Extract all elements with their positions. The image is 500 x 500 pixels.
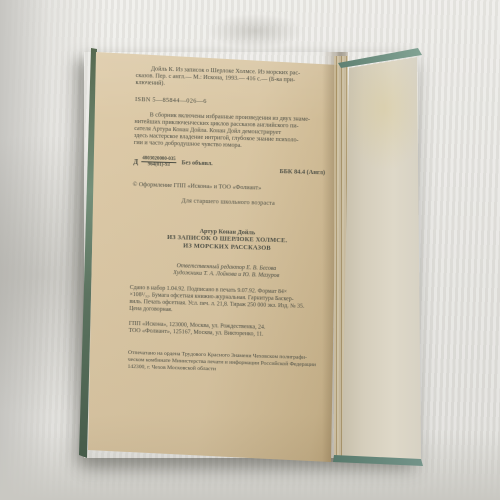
- bibliographic-entry: Дойль К. Из записок о Шерлоке Холмсе. Из…: [135, 66, 328, 92]
- imprint-page: Дойль К. Из записок о Шерлоке Холмсе. Из…: [86, 48, 340, 464]
- catalog-letter: Д: [133, 158, 138, 166]
- background-wood-grain: [190, 8, 320, 54]
- catalog-code-row: Д 4803020000-035 964(01)-93 Без объявл. …: [133, 156, 325, 176]
- photo-of-book-imprint-page: Дойль К. Из записок о Шерлоке Холмсе. Из…: [0, 0, 500, 500]
- catalog-code-denominator: 964(01)-93: [148, 162, 170, 168]
- publisher-addresses: ГПП «Искона», 123000, Москва, ул. Рождес…: [128, 321, 320, 340]
- imprint-page-text: Дойль К. Из записок о Шерлоке Холмсе. Из…: [127, 66, 327, 376]
- annotation-paragraph: В сборник включены избранные произведени…: [134, 112, 327, 153]
- isbn-line: ISBN 5—85844—026—6: [135, 96, 327, 108]
- title-block: Артур Конан Дойль ИЗ ЗАПИСОК О ШЕРЛОКЕ Х…: [131, 226, 324, 254]
- catalog-code-fraction: 4803020000-035 964(01)-93: [141, 156, 177, 168]
- blank-flyleaf-page: [341, 50, 421, 466]
- copyright-line: © Оформление ГПП «Искона» и ТОО «Фолиант…: [133, 182, 325, 193]
- print-specs-block: Сдано в набор 1.04.92. Подписано в печат…: [129, 285, 322, 318]
- audience-line: Для старшего школьного возраста: [132, 197, 324, 208]
- credits-block: Ответственный редактор Е. В. Бесова Худо…: [130, 262, 322, 281]
- bbk-classification: ББК 84.4 (Англ): [279, 168, 325, 176]
- no-announcement-label: Без объявл.: [181, 160, 212, 167]
- printing-house-block: Отпечатано на ордена Трудового Красного …: [127, 350, 319, 376]
